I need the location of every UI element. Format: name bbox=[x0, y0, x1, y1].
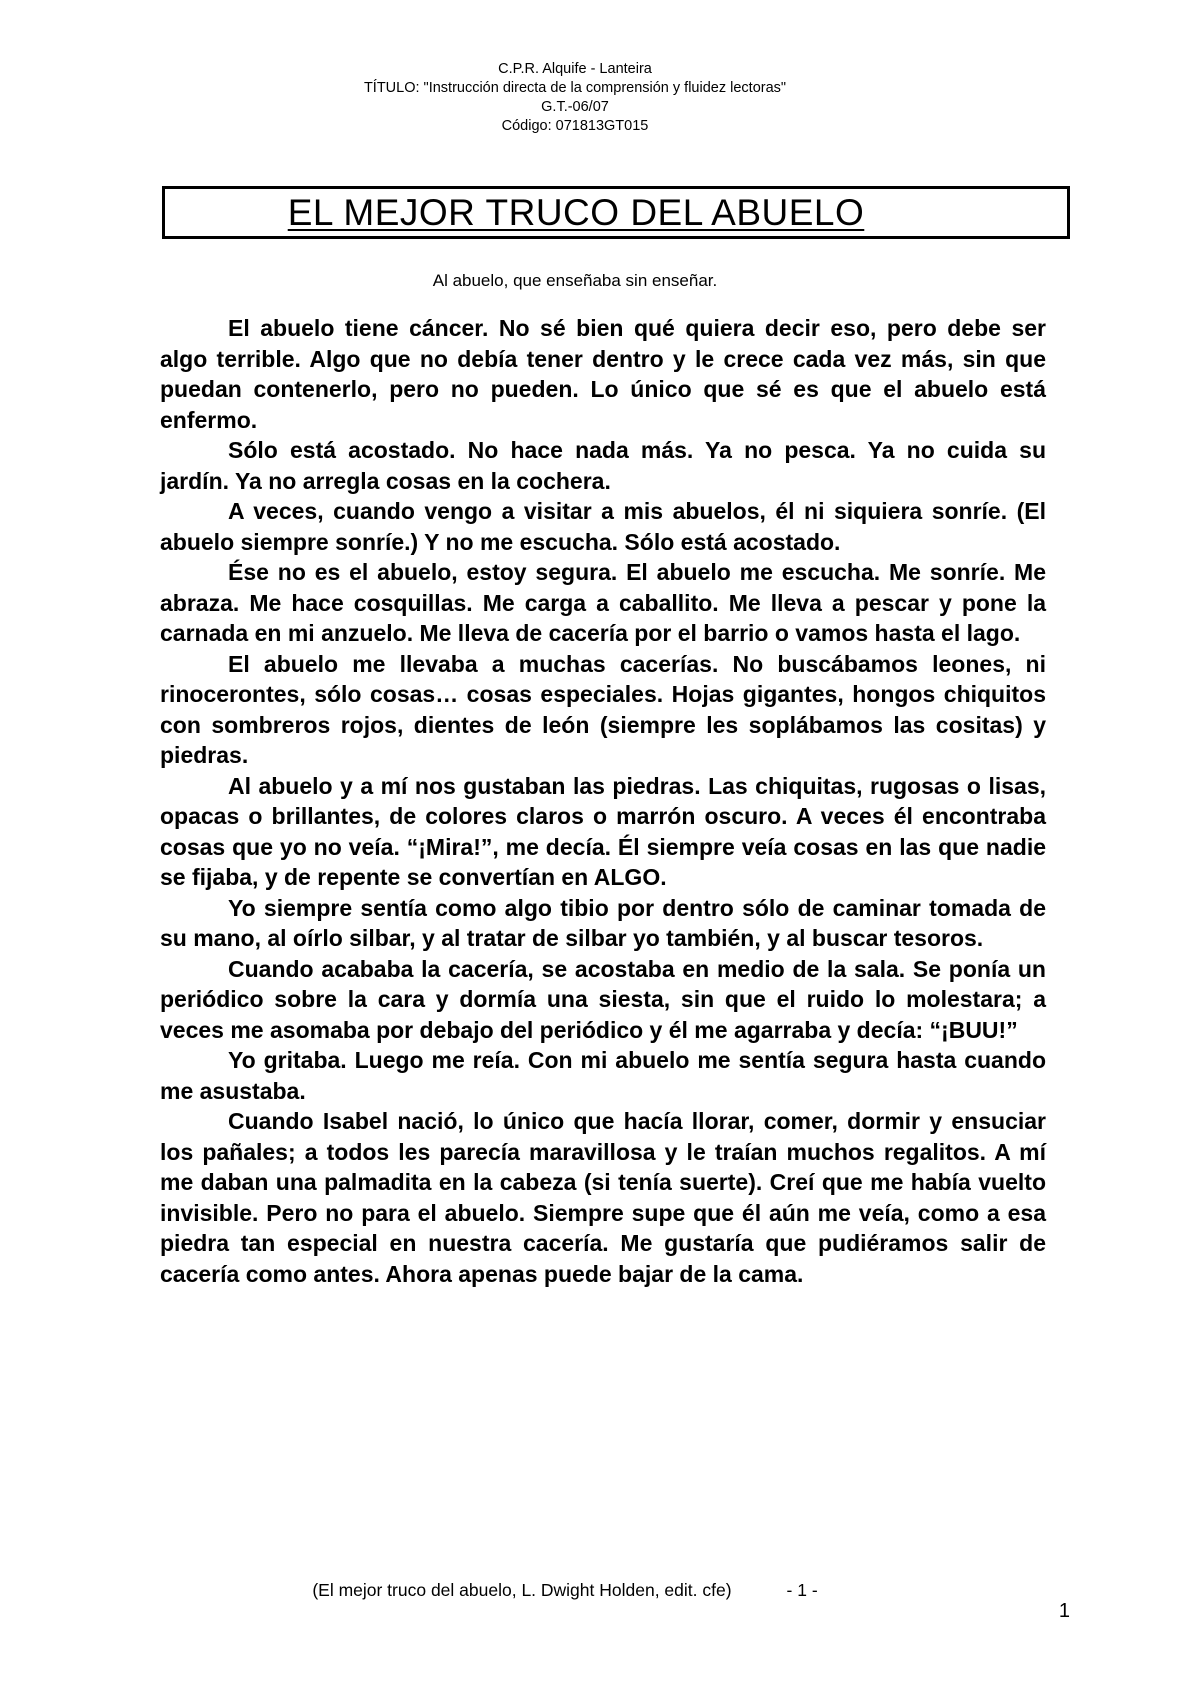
dedication: Al abuelo, que enseñaba sin enseñar. bbox=[120, 271, 1030, 291]
footer-page-marker: - 1 - bbox=[787, 1580, 818, 1600]
story-paragraph: Ése no es el abuelo, estoy segura. El ab… bbox=[160, 557, 1046, 649]
story-paragraph: A veces, cuando vengo a visitar a mis ab… bbox=[160, 496, 1046, 557]
page-number: 1 bbox=[1059, 1600, 1070, 1623]
story-paragraph: El abuelo me llevaba a muchas cacerías. … bbox=[160, 649, 1046, 771]
story-paragraph: Yo siempre sentía como algo tibio por de… bbox=[160, 893, 1046, 954]
document-page: C.P.R. Alquife - Lanteira TÍTULO: "Instr… bbox=[0, 0, 1200, 1289]
story-paragraph: Sólo está acostado. No hace nada más. Ya… bbox=[160, 435, 1046, 496]
letterhead: C.P.R. Alquife - Lanteira TÍTULO: "Instr… bbox=[120, 0, 1030, 136]
page-title: EL MEJOR TRUCO DEL ABUELO bbox=[288, 192, 865, 234]
story-paragraph: Cuando Isabel nació, lo único que hacía … bbox=[160, 1106, 1046, 1289]
story-paragraph: Cuando acababa la cacería, se acostaba e… bbox=[160, 954, 1046, 1046]
letterhead-line: TÍTULO: "Instrucción directa de la compr… bbox=[120, 79, 1030, 98]
footer-line: (El mejor truco del abuelo, L. Dwight Ho… bbox=[120, 1580, 1010, 1601]
letterhead-line: Código: 071813GT015 bbox=[120, 117, 1030, 136]
footer-citation: (El mejor truco del abuelo, L. Dwight Ho… bbox=[312, 1580, 731, 1600]
story-paragraph: El abuelo tiene cáncer. No sé bien qué q… bbox=[160, 313, 1046, 435]
letterhead-line: C.P.R. Alquife - Lanteira bbox=[120, 60, 1030, 79]
letterhead-line: G.T.-06/07 bbox=[120, 98, 1030, 117]
story-body: El abuelo tiene cáncer. No sé bien qué q… bbox=[160, 313, 1046, 1289]
story-paragraph: Al abuelo y a mí nos gustaban las piedra… bbox=[160, 771, 1046, 893]
story-paragraph: Yo gritaba. Luego me reía. Con mi abuelo… bbox=[160, 1045, 1046, 1106]
title-box: EL MEJOR TRUCO DEL ABUELO bbox=[162, 186, 1070, 239]
